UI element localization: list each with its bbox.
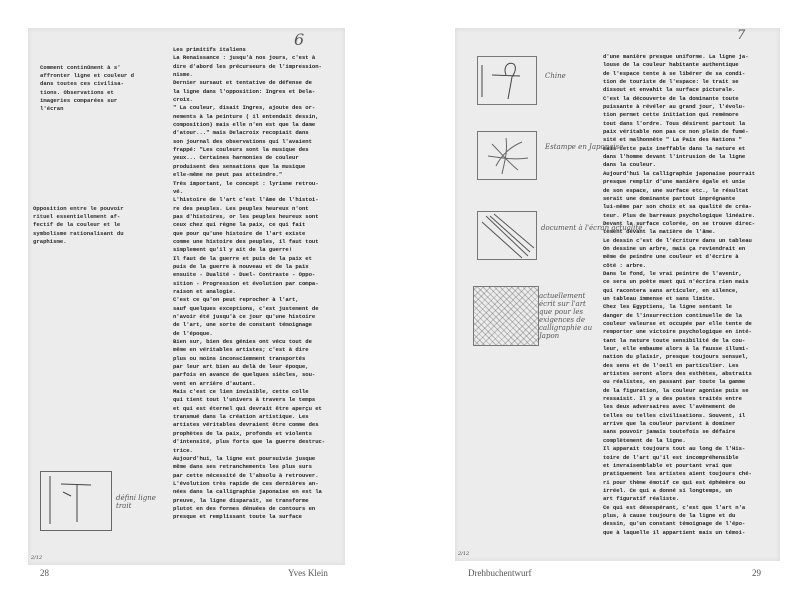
sketch-annotation-2: Estampe en Japonaise xyxy=(545,143,623,151)
typed-text-left: Les primitifs italiens La Renaissance : … xyxy=(173,46,345,522)
sketch-annotation-1: Chine xyxy=(545,72,566,80)
calligraphy-stroke-icon xyxy=(478,57,536,104)
sketch-japanese-print xyxy=(477,131,537,180)
t-glyph-icon xyxy=(41,472,111,530)
sketch-annotation: défini ligne trait xyxy=(116,494,166,510)
archive-reference: 2/12 xyxy=(31,555,42,561)
typed-text-right: d'une manière presque uniforme. La ligne… xyxy=(603,53,773,537)
left-page-scan: 6 Comment continûment à s' affronter lig… xyxy=(28,28,345,565)
sketch-annotation-4: actuellement écrit sur l'art que pour le… xyxy=(539,292,599,340)
brush-scribble-icon xyxy=(478,132,536,179)
margin-note-2: Opposition entre le pouvoir rituel essen… xyxy=(33,205,158,246)
sketch-chinese-stroke xyxy=(477,56,537,105)
right-page-scan: 7 d'une manière presque uniforme. La lig… xyxy=(455,28,780,561)
sketch-annotation-3: document à l'écran actualité xyxy=(541,224,642,232)
handwritten-page-number: 7 xyxy=(737,28,745,43)
sketch-diagonal-shading xyxy=(477,211,537,260)
sketch-crosshatch-fill xyxy=(473,286,539,346)
left-page-number: 28 xyxy=(40,568,49,578)
book-spread: 6 Comment continûment à s' affronter lig… xyxy=(0,0,800,600)
archive-reference: 2/12 xyxy=(458,551,469,557)
right-running-title: Drehbuchentwurf xyxy=(468,568,531,578)
sketch-t-square xyxy=(40,471,112,531)
right-page-number: 29 xyxy=(752,568,761,578)
diagonal-hatch-icon xyxy=(478,212,536,259)
margin-note-1: Comment continûment à s' affronter ligne… xyxy=(40,64,160,113)
left-running-title: Yves Klein xyxy=(288,568,328,578)
